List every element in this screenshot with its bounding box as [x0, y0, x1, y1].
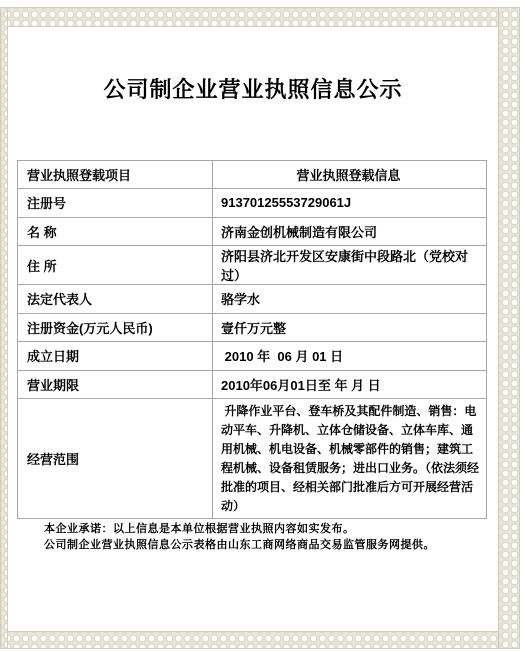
field-value: 2010年06月01日至 年 月 日 [213, 370, 487, 399]
license-publicity-page: 公司制企业营业执照信息公示 营业执照登载项目 营业执照登载信息 注册号 9137… [0, 0, 525, 652]
field-label: 注册号 [18, 189, 213, 218]
field-value: 济阳县济北开发区安康街中段路北（党校对过） [213, 246, 487, 285]
ornament-border-bottom-icon [0, 631, 520, 649]
license-info-table: 营业执照登载项目 营业执照登载信息 注册号 91370125553729061J… [17, 160, 487, 519]
field-value: 2010 年 06 月 01 日 [213, 342, 487, 371]
field-value: 壹仟万元整 [213, 313, 487, 342]
footer-line-provider: 公司制企业营业执照信息公示表格由山东工商网络商品交易监管服务网提供。 [44, 537, 435, 553]
field-value: 骆学水 [213, 285, 487, 314]
page-title: 公司制企业营业执照信息公示 [8, 73, 498, 104]
ornament-border-right-icon [498, 7, 520, 649]
table-row-registration-number: 注册号 91370125553729061J [18, 189, 487, 218]
field-label: 经营范围 [18, 399, 213, 519]
field-value: 升降作业平台、登车桥及其配件制造、销售：电动平车、升降机、立体仓储设备、立体车库… [213, 399, 487, 519]
footer-line-commitment: 本企业承诺：以上信息是本单位根据营业执照内容如实发布。 [44, 521, 435, 537]
table-row-business-term: 营业期限 2010年06月01日至 年 月 日 [18, 370, 487, 399]
footer-note: 本企业承诺：以上信息是本单位根据营业执照内容如实发布。 公司制企业营业执照信息公… [44, 521, 435, 553]
table-row-establish-date: 成立日期 2010 年 06 月 01 日 [18, 342, 487, 371]
ornament-border-left-icon [0, 7, 8, 649]
field-label: 法定代表人 [18, 285, 213, 314]
field-label: 营业期限 [18, 370, 213, 399]
field-label: 名 称 [18, 217, 213, 246]
table-header-row: 营业执照登载项目 营业执照登载信息 [18, 161, 487, 189]
table-row-legal-representative: 法定代表人 骆学水 [18, 285, 487, 314]
field-value: 济南金创机械制造有限公司 [213, 217, 487, 246]
table-row-business-scope: 经营范围 升降作业平台、登车桥及其配件制造、销售：电动平车、升降机、立体仓储设备… [18, 399, 487, 519]
field-label: 住 所 [18, 246, 213, 285]
ornament-border-top-icon [0, 7, 520, 27]
table-row-company-name: 名 称 济南金创机械制造有限公司 [18, 217, 487, 246]
field-label: 注册资金(万元人民币) [18, 313, 213, 342]
column-header-item: 营业执照登载项目 [18, 161, 213, 189]
field-label: 成立日期 [18, 342, 213, 371]
table-row-address: 住 所 济阳县济北开发区安康街中段路北（党校对过） [18, 246, 487, 285]
column-header-info: 营业执照登载信息 [213, 161, 487, 189]
table-row-registered-capital: 注册资金(万元人民币) 壹仟万元整 [18, 313, 487, 342]
field-value: 91370125553729061J [213, 189, 487, 218]
